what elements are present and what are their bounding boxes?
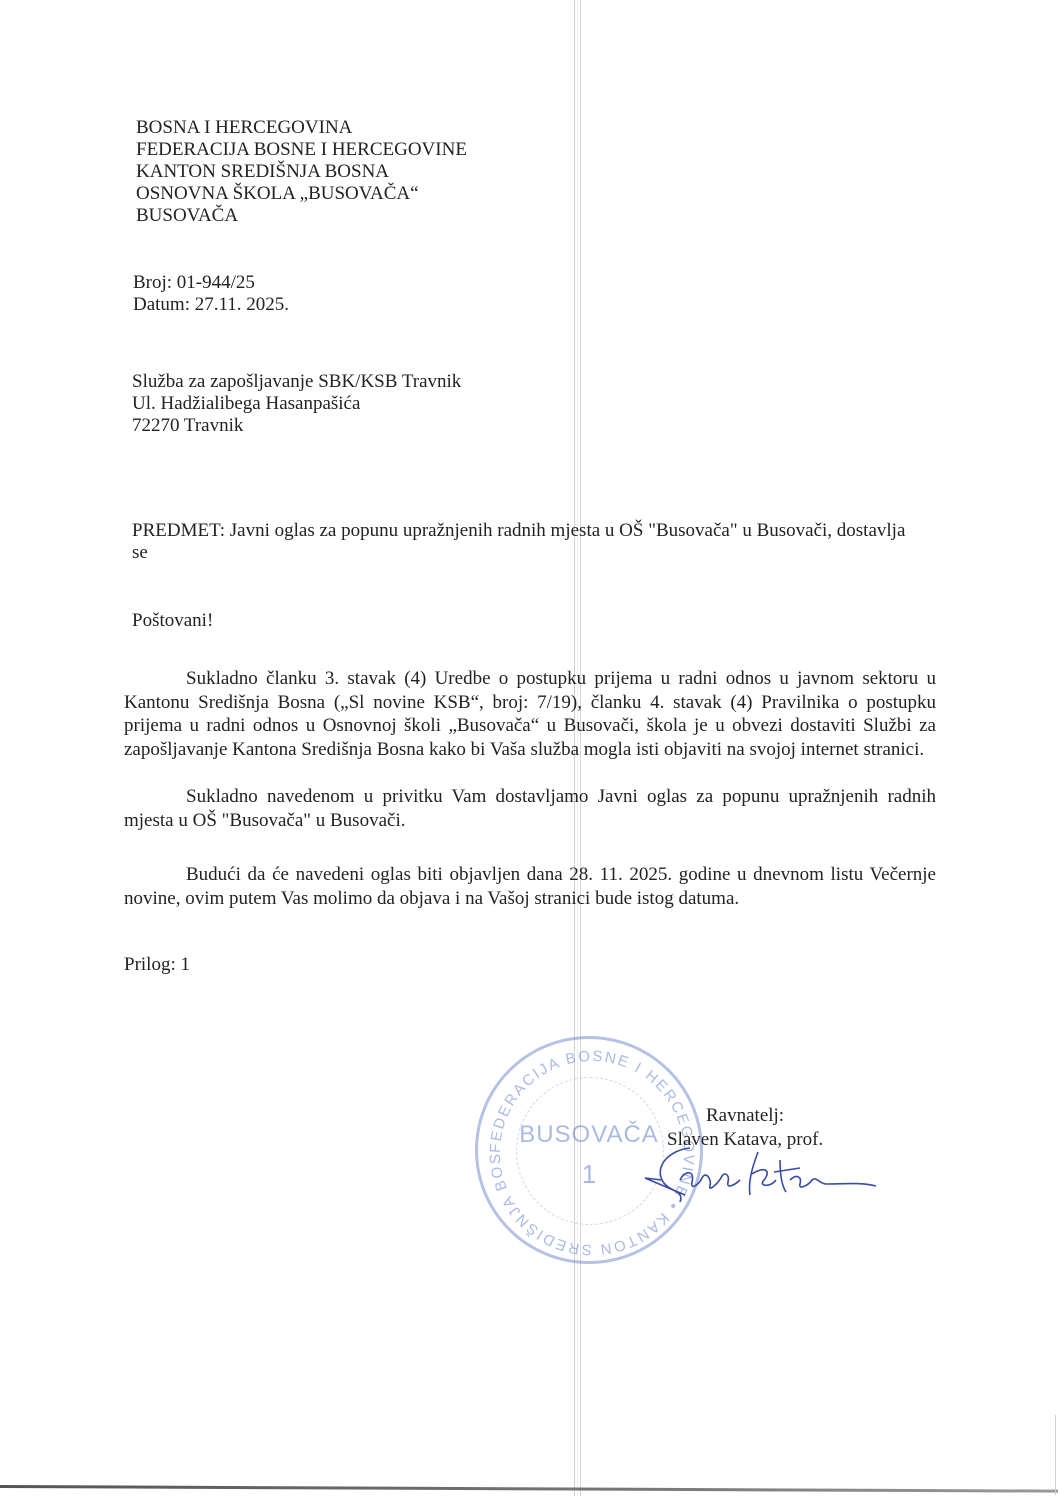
- letterhead: BOSNA I HERCEGOVINA FEDERACIJA BOSNE I H…: [136, 117, 467, 227]
- letterhead-line: KANTON SREDIŠNJA BOSNA: [136, 161, 467, 183]
- letterhead-line: BOSNA I HERCEGOVINA: [136, 117, 467, 139]
- body-paragraph: Budući da će navedeni oglas biti objavlj…: [124, 863, 936, 910]
- greeting: Poštovani!: [132, 610, 213, 632]
- reference-number: Broj: 01-944/25: [133, 272, 289, 294]
- handwritten-signature-icon: [640, 1140, 880, 1210]
- letterhead-line: BUSOVAČA: [136, 205, 467, 227]
- body-paragraph: Sukladno članku 3. stavak (4) Uredbe o p…: [124, 667, 936, 761]
- document-page: BOSNA I HERCEGOVINA FEDERACIJA BOSNE I H…: [0, 0, 1058, 1496]
- recipient-line: Služba za zapošljavanje SBK/KSB Travnik: [132, 371, 461, 393]
- recipient-line: Ul. Hadžialibega Hasanpašića: [132, 393, 461, 415]
- recipient-address: Služba za zapošljavanje SBK/KSB Travnik …: [132, 371, 461, 437]
- recipient-line: 72270 Travnik: [132, 415, 461, 437]
- signatory-title: Ravnatelj:: [706, 1105, 784, 1127]
- scan-edge: [1055, 1415, 1056, 1495]
- reference-date: Datum: 27.11. 2025.: [133, 294, 289, 316]
- letterhead-line: OSNOVNA ŠKOLA „BUSOVAČA“: [136, 183, 467, 205]
- scan-edge: [0, 1485, 1058, 1493]
- letterhead-line: FEDERACIJA BOSNE I HERCEGOVINE: [136, 139, 467, 161]
- subject-line: PREDMET: Javni oglas za popunu upražnjen…: [132, 520, 922, 564]
- reference-block: Broj: 01-944/25 Datum: 27.11. 2025.: [133, 272, 289, 316]
- body-paragraph: Sukladno navedenom u privitku Vam dostav…: [124, 785, 936, 832]
- attachment-note: Prilog: 1: [124, 954, 190, 976]
